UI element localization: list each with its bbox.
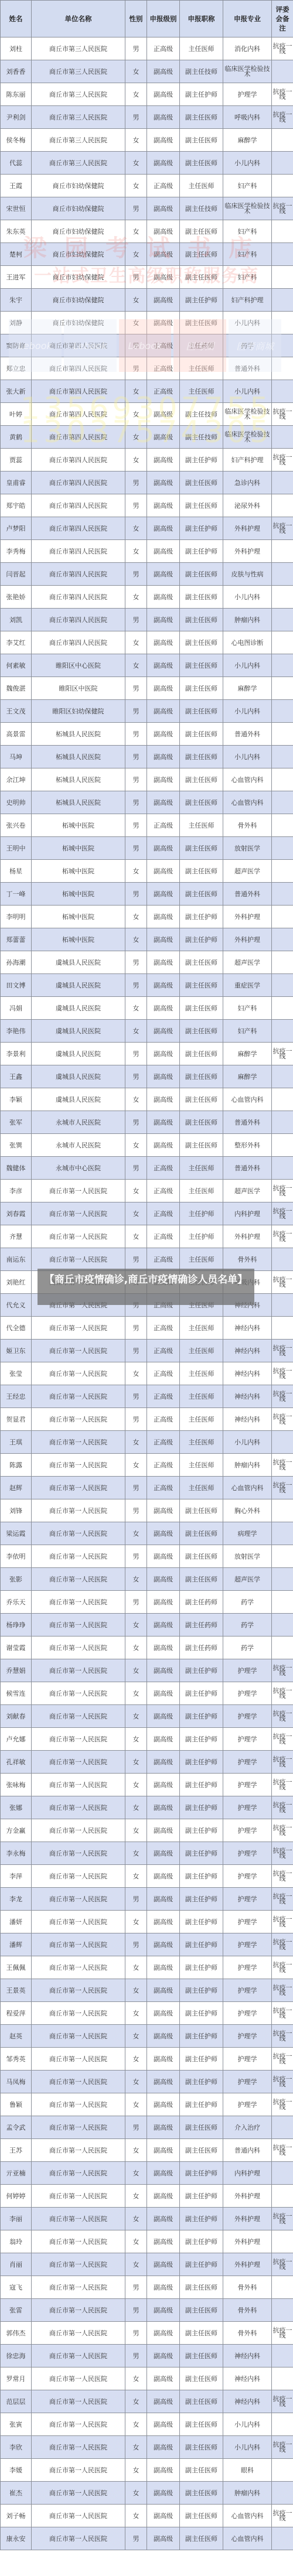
cell-note xyxy=(272,334,293,357)
cell-level: 副高级 xyxy=(147,1911,180,1933)
cell-note: 抗疫一线 xyxy=(272,2002,293,2025)
cell-name: 魏健体 xyxy=(1,1157,32,1180)
cell-unit: 商丘市第一人民医院 xyxy=(32,1591,125,1614)
cell-note xyxy=(272,152,293,175)
table-row: 李颖虞城县人民医院女副高级副主任医师心血管内科 xyxy=(1,1088,293,1111)
cell-title: 副主任医师 xyxy=(180,2139,223,2162)
cell-sex: 女 xyxy=(125,517,147,540)
cell-note xyxy=(272,2276,293,2299)
cell-sex: 女 xyxy=(125,243,147,266)
cell-name: 侯冬梅 xyxy=(1,129,32,152)
table-row: 黄鹤商丘市第四人民医院女副高级副主任技师临床医学检验技术 xyxy=(1,426,293,449)
cell-name: 鲁颖 xyxy=(1,2093,32,2116)
cell-name: 南运东 xyxy=(1,1248,32,1271)
table-row: 张大新商丘市第四人民医院女正高级主任医师小儿内科 xyxy=(1,380,293,403)
cell-level: 副高级 xyxy=(147,2162,180,2185)
cell-level: 副高级 xyxy=(147,997,180,1020)
cell-name: 方金赢 xyxy=(1,1819,32,1842)
cell-level: 副高级 xyxy=(147,2413,180,2436)
cell-sex: 女 xyxy=(125,289,147,312)
table-row: 李明明柘城中医院女副高级副主任护师外科护理 xyxy=(1,906,293,928)
cell-note xyxy=(272,837,293,860)
cell-note: 抗疫一线 xyxy=(272,517,293,540)
cell-title: 副主任医师 xyxy=(180,563,223,586)
cell-unit: 商丘市第一人民医院 xyxy=(32,2139,125,2162)
table-row: 陈东丽商丘市第三人民医院女副高级副主任护师护理学抗疫一线 xyxy=(1,83,293,106)
table-row: 张艳娇商丘市第四人民医院女副高级副主任医师小儿内科 xyxy=(1,586,293,609)
cell-level: 副高级 xyxy=(147,2230,180,2253)
cell-sex: 男 xyxy=(125,1248,147,1271)
cell-title: 副主任护师 xyxy=(180,2071,223,2093)
cell-level: 副高级 xyxy=(147,289,180,312)
cell-name: 王霞 xyxy=(1,175,32,197)
cell-note xyxy=(272,357,293,380)
cell-title: 主任医师 xyxy=(180,380,223,403)
cell-level: 副高级 xyxy=(147,1134,180,1157)
cell-unit: 商丘市第一人民医院 xyxy=(32,2345,125,2367)
cell-note xyxy=(272,60,293,83)
cell-unit: 商丘市第四人民医院 xyxy=(32,563,125,586)
cell-note xyxy=(272,951,293,974)
cell-major: 神经内科 xyxy=(223,2390,272,2413)
table-row: 刘春霞商丘市第一人民医院女正高级主任护师内科护理抗疫一线 xyxy=(1,1202,293,1225)
cell-unit: 商丘市第一人民医院 xyxy=(32,2025,125,2048)
cell-sex: 女 xyxy=(125,2253,147,2276)
cell-major: 护理学 xyxy=(223,2048,272,2071)
cell-sex: 男 xyxy=(125,563,147,586)
cell-title: 副主任医师 xyxy=(180,1134,223,1157)
cell-title: 副主任医师 xyxy=(180,2413,223,2436)
cell-major: 护理学 xyxy=(223,1956,272,1979)
cell-major: 小儿内科 xyxy=(223,2436,272,2459)
cell-major: 心血管内科 xyxy=(223,2527,272,2550)
cell-note: 抗疫一线 xyxy=(272,1362,293,1385)
cell-note: 抗疫一线 xyxy=(272,1774,293,1796)
cell-sex: 男 xyxy=(125,723,147,746)
cell-sex: 男 xyxy=(125,1933,147,1956)
cell-title: 副主任医师 xyxy=(180,2459,223,2482)
cell-sex: 女 xyxy=(125,129,147,152)
cell-title: 主任医师 xyxy=(180,1454,223,1477)
cell-level: 副高级 xyxy=(147,197,180,220)
cell-name: 罗常月 xyxy=(1,2367,32,2390)
cell-note xyxy=(272,2413,293,2436)
cell-major: 妇产科 xyxy=(223,175,272,197)
cell-major: 外科护理 xyxy=(223,1225,272,1248)
cell-level: 副高级 xyxy=(147,2527,180,2550)
cell-sex: 女 xyxy=(125,2413,147,2436)
cell-level: 副高级 xyxy=(147,2185,180,2208)
table-row: 康永安商丘市第一人民医院男副高级副主任医师心血管内科 xyxy=(1,2527,293,2550)
cell-major: 骨外科 xyxy=(223,814,272,837)
cell-major: 胸心外科 xyxy=(223,1499,272,1522)
cell-title: 副主任医师 xyxy=(180,1111,223,1134)
cell-name: 李彦 xyxy=(1,1180,32,1202)
cell-major: 护理学 xyxy=(223,1911,272,1933)
cell-major: 心血管内科 xyxy=(223,1477,272,1499)
cell-note xyxy=(272,2185,293,2208)
cell-unit: 商丘市第一人民医院 xyxy=(32,2322,125,2345)
cell-major: 神经内科 xyxy=(223,1385,272,1408)
cell-major: 肿瘤内科 xyxy=(223,1454,272,1477)
cell-unit: 商丘市第一人民医院 xyxy=(32,1317,125,1340)
cell-title: 副主任护师 xyxy=(180,2162,223,2185)
cell-name: 谢莹霞 xyxy=(1,1637,32,1659)
cell-unit: 商丘市第一人民医院 xyxy=(32,1499,125,1522)
cell-title: 副主任护师 xyxy=(180,83,223,106)
cell-sex: 男 xyxy=(125,1408,147,1431)
cell-sex: 男 xyxy=(125,1157,147,1180)
cell-note xyxy=(272,746,293,768)
cell-level: 副高级 xyxy=(147,1705,180,1728)
cell-title: 主任护师 xyxy=(180,1202,223,1225)
cell-title: 副主任护师 xyxy=(180,449,223,472)
cell-note xyxy=(272,1065,293,1088)
cell-unit: 商丘市第一人民医院 xyxy=(32,1477,125,1499)
cell-major: 神经内科 xyxy=(223,2345,272,2367)
cell-unit: 永城市中心医院 xyxy=(32,1157,125,1180)
cell-name: 朱东英 xyxy=(1,220,32,243)
cell-unit: 商丘市第四人民医院 xyxy=(32,380,125,403)
cell-sex: 女 xyxy=(125,2025,147,2048)
cell-major: 内科护理 xyxy=(223,1202,272,1225)
cell-level: 副高级 xyxy=(147,1728,180,1751)
cell-level: 副高级 xyxy=(147,928,180,951)
cell-sex: 女 xyxy=(125,175,147,197)
cell-sex: 男 xyxy=(125,357,147,380)
table-row: 姬卫东商丘市第一人民医院男正高级主任医师神经内科抗疫一线 xyxy=(1,1340,293,1362)
cell-title: 副主任医师 xyxy=(180,2116,223,2139)
cell-title: 副主任护师 xyxy=(180,1705,223,1728)
cell-name: 徐忠海 xyxy=(1,2345,32,2367)
cell-unit: 商丘市第一人民医院 xyxy=(32,2482,125,2505)
table-row: 王霞商丘市妇幼保健院女正高级主任医师妇产科 xyxy=(1,175,293,197)
cell-title: 副主任药师 xyxy=(180,1591,223,1614)
cell-sex: 男 xyxy=(125,951,147,974)
cell-title: 副主任医师 xyxy=(180,1545,223,1568)
cell-level: 副高级 xyxy=(147,1020,180,1043)
cell-level: 副高级 xyxy=(147,2345,180,2367)
cell-name: 张咏梅 xyxy=(1,1774,32,1796)
cell-name: 李秀梅 xyxy=(1,540,32,563)
cell-name: 王文茂 xyxy=(1,700,32,723)
table-row: 张寅商丘市第一人民医院女副高级副主任医师小儿内科 xyxy=(1,2413,293,2436)
cell-note xyxy=(272,312,293,334)
cell-major: 小儿内科 xyxy=(223,586,272,609)
cell-title: 副主任医师 xyxy=(180,266,223,289)
cell-title: 副主任护师 xyxy=(180,1979,223,2002)
cell-title: 副主任药师 xyxy=(180,1614,223,1637)
cell-major: 心血管内科 xyxy=(223,2505,272,2527)
cell-name: 魏俊湛 xyxy=(1,677,32,700)
table-row: 朱宇商丘市妇幼保健院女副高级副主任护师妇产科护理 xyxy=(1,289,293,312)
cell-note xyxy=(272,723,293,746)
cell-level: 副高级 xyxy=(147,1065,180,1088)
cell-title: 主任医师 xyxy=(180,1317,223,1340)
cell-level: 正高级 xyxy=(147,1408,180,1431)
cell-note xyxy=(272,1020,293,1043)
cell-title: 副主任医师 xyxy=(180,860,223,883)
table-row: 宋世恒商丘市妇幼保健院男副高级副主任技师临床医学检验技术抗疫一线 xyxy=(1,197,293,220)
table-row: 王苏商丘市第一人民医院女副高级副主任医师普通内科抗疫一线 xyxy=(1,2139,293,2162)
cell-name: 刘香香 xyxy=(1,60,32,83)
table-row: 李彦商丘市第一人民医院女正高级主任医师超声医学抗疫一线 xyxy=(1,1180,293,1202)
cell-unit: 商丘市第三人民医院 xyxy=(32,106,125,129)
cell-name: 陈露 xyxy=(1,1454,32,1477)
cell-major: 普通外科 xyxy=(223,883,272,906)
cell-note xyxy=(272,2527,293,2550)
cell-title: 副主任护师 xyxy=(180,1751,223,1774)
cell-note: 抗疫一线 xyxy=(272,1888,293,1911)
cell-title: 副主任医师 xyxy=(180,2436,223,2459)
cell-unit: 商丘市第一人民医院 xyxy=(32,1819,125,1842)
cell-unit: 商丘市第一人民医院 xyxy=(32,1522,125,1545)
cell-title: 副主任护师 xyxy=(180,1774,223,1796)
cell-name: 卢梦阳 xyxy=(1,517,32,540)
cell-sex: 女 xyxy=(125,2230,147,2253)
cell-unit: 商丘市第一人民医院 xyxy=(32,2116,125,2139)
cell-unit: 商丘市第一人民医院 xyxy=(32,1340,125,1362)
cell-title: 主任医师 xyxy=(180,1362,223,1385)
cell-sex: 男 xyxy=(125,266,147,289)
table-row: 李丽商丘市第一人民医院女副高级副主任护师外科护理抗疫一线 xyxy=(1,2208,293,2230)
cell-unit: 商丘市第四人民医院 xyxy=(32,540,125,563)
table-row: 翁玲商丘市第一人民医院女副高级副主任护师外科护理 xyxy=(1,2230,293,2253)
cell-level: 副高级 xyxy=(147,517,180,540)
cell-unit: 商丘市第四人民医院 xyxy=(32,517,125,540)
cell-title: 副主任医师 xyxy=(180,746,223,768)
cell-unit: 商丘市第一人民医院 xyxy=(32,1454,125,1477)
cell-title: 副主任护师 xyxy=(180,1865,223,1888)
cell-level: 副高级 xyxy=(147,768,180,791)
cell-sex: 男 xyxy=(125,334,147,357)
cell-level: 副高级 xyxy=(147,312,180,334)
cell-unit: 睢阳区中医院 xyxy=(32,677,125,700)
cell-sex: 女 xyxy=(125,2002,147,2025)
cell-sex: 女 xyxy=(125,2185,147,2208)
cell-level: 副高级 xyxy=(147,2367,180,2390)
table-row: 王景英商丘市第一人民医院女副高级副主任护师护理学抗疫一线 xyxy=(1,1979,293,2002)
cell-name: 李颖 xyxy=(1,1088,32,1111)
cell-title: 副主任医师 xyxy=(180,951,223,974)
table-row: 范层层商丘市第一人民医院女副高级副主任医师神经内科抗疫一线 xyxy=(1,2390,293,2413)
cell-major: 心血管内科 xyxy=(223,1088,272,1111)
cell-level: 副高级 xyxy=(147,426,180,449)
cell-major: 神经内科 xyxy=(223,1408,272,1431)
cell-sex: 女 xyxy=(125,1362,147,1385)
cell-name: 乔乐天 xyxy=(1,1591,32,1614)
cell-note xyxy=(272,2116,293,2139)
cell-note: 抗疫一线 xyxy=(272,403,293,426)
table-row: 王佩佩商丘市第一人民医院女副高级副主任护师护理学抗疫一线 xyxy=(1,1956,293,1979)
cell-level: 副高级 xyxy=(147,609,180,631)
table-row: 刘香香商丘市第三人民医院女副高级副主任技师临床医学检验技术 xyxy=(1,60,293,83)
cell-name: 高景雷 xyxy=(1,723,32,746)
table-row: 杨琤琤商丘市第一人民医院女副高级副主任药师药学 xyxy=(1,1614,293,1637)
table-header-row: 姓名 单位名称 性别 申报级别 申报职称 申报专业 评委会备注 xyxy=(1,1,293,37)
cell-major: 外科护理 xyxy=(223,517,272,540)
table-row: 方金赢商丘市第一人民医院女副高级副主任护师护理学抗疫一线 xyxy=(1,1819,293,1842)
cell-sex: 女 xyxy=(125,426,147,449)
table-row: 代全德商丘市第一人民医院男正高级主任医师神经内科 xyxy=(1,1317,293,1340)
cell-sex: 女 xyxy=(125,2139,147,2162)
cell-sex: 女 xyxy=(125,1728,147,1751)
cell-title: 副主任医师 xyxy=(180,791,223,814)
cell-sex: 女 xyxy=(125,2505,147,2527)
cell-unit: 商丘市第一人民医院 xyxy=(32,2390,125,2413)
cell-major: 重症医学 xyxy=(223,974,272,997)
cell-level: 副高级 xyxy=(147,883,180,906)
cell-level: 副高级 xyxy=(147,1522,180,1545)
table-row: 卢允娜商丘市第一人民医院女副高级副主任护师护理学抗疫一线 xyxy=(1,1728,293,1751)
cell-level: 副高级 xyxy=(147,403,180,426)
cell-level: 正高级 xyxy=(147,1340,180,1362)
table-row: 马凤梅商丘市第一人民医院女副高级副主任护师护理学抗疫一线 xyxy=(1,2071,293,2093)
cell-unit: 商丘市妇幼保健院 xyxy=(32,243,125,266)
cell-major: 小儿内科 xyxy=(223,1431,272,1454)
cell-major: 神经内科 xyxy=(223,1362,272,1385)
cell-sex: 女 xyxy=(125,1202,147,1225)
cell-major: 麻醉学 xyxy=(223,677,272,700)
table-row: 张影商丘市第一人民医院女副高级副主任医师超声医学 xyxy=(1,1568,293,1591)
cell-major: 麻醉学 xyxy=(223,1043,272,1065)
cell-title: 副主任医师 xyxy=(180,1065,223,1088)
cell-major: 护理学 xyxy=(223,1842,272,1865)
table-row: 潘妍商丘市第一人民医院女副高级副主任护师护理学抗疫一线 xyxy=(1,1911,293,1933)
cell-name: 楚柯 xyxy=(1,243,32,266)
cell-sex: 女 xyxy=(125,2093,147,2116)
cell-unit: 商丘市第一人民医院 xyxy=(32,1637,125,1659)
cell-level: 副高级 xyxy=(147,2482,180,2505)
table-row: 张莹商丘市第一人民医院女正高级主任医师神经内科抗疫一线 xyxy=(1,1362,293,1385)
cell-note xyxy=(272,1294,293,1317)
cell-name: 亓亚楠 xyxy=(1,2162,32,2185)
cell-sex: 男 xyxy=(125,1591,147,1614)
cell-note xyxy=(272,2299,293,2322)
cell-unit: 商丘市第一人民医院 xyxy=(32,2048,125,2071)
cell-level: 正高级 xyxy=(147,1225,180,1248)
cell-level: 正高级 xyxy=(147,1454,180,1477)
table-row: 亓亚楠商丘市第一人民医院女副高级副主任护师内科护理 xyxy=(1,2162,293,2185)
cell-note xyxy=(272,540,293,563)
table-row: 赵辉商丘市第一人民医院男正高级主任医师心血管内科抗疫一线 xyxy=(1,1477,293,1499)
cell-note: 抗疫一线 xyxy=(272,1979,293,2002)
cell-name: 陈东丽 xyxy=(1,83,32,106)
cell-name: 丁一峰 xyxy=(1,883,32,906)
table-row: 李景利虞城县人民医院男副高级副主任医师麻醉学抗疫一线 xyxy=(1,1043,293,1065)
cell-name: 史明帅 xyxy=(1,791,32,814)
cell-sex: 男 xyxy=(125,974,147,997)
cell-name: 梁运霞 xyxy=(1,1522,32,1545)
cell-sex: 男 xyxy=(125,37,147,60)
table-row: 张兴卷柘城中医院男正高级主任医师骨外科 xyxy=(1,814,293,837)
cell-unit: 商丘市第一人民医院 xyxy=(32,1911,125,1933)
table-row: 刘柱商丘市第三人民医院男正高级主任医师消化内科抗疫一线 xyxy=(1,37,293,60)
cell-note xyxy=(272,1614,293,1637)
table-row: 卢梦阳商丘市第四人民医院女副高级副主任护师外科护理抗疫一线 xyxy=(1,517,293,540)
cell-major: 放射医学 xyxy=(223,837,272,860)
cell-sex: 男 xyxy=(125,609,147,631)
cell-title: 副主任医师 xyxy=(180,312,223,334)
cell-title: 主任药师 xyxy=(180,334,223,357)
cell-level: 副高级 xyxy=(147,2116,180,2139)
cell-title: 主任医师 xyxy=(180,1157,223,1180)
cell-major: 超声医学 xyxy=(223,860,272,883)
cell-note xyxy=(272,2162,293,2185)
cell-sex: 男 xyxy=(125,472,147,494)
cell-note: 抗疫一线 xyxy=(272,1659,293,1682)
cell-note xyxy=(272,426,293,449)
cell-note: 抗疫一线 xyxy=(272,1454,293,1477)
cell-major: 护理学 xyxy=(223,1705,272,1728)
cell-name: 赵辉 xyxy=(1,1477,32,1499)
cell-unit: 永城市人民医院 xyxy=(32,1111,125,1134)
table-row: 梁运霞商丘市第一人民医院女副高级副主任医师病理学 xyxy=(1,1522,293,1545)
cell-name: 赵英 xyxy=(1,2025,32,2048)
cell-sex: 女 xyxy=(125,2367,147,2390)
cell-title: 副主任护师 xyxy=(180,1956,223,1979)
cell-level: 副高级 xyxy=(147,700,180,723)
cell-major: 外科护理 xyxy=(223,928,272,951)
cell-name: 叶婷 xyxy=(1,403,32,426)
cell-title: 副主任医师 xyxy=(180,2505,223,2527)
cell-major: 呼吸内科 xyxy=(223,106,272,129)
table-row: 刘静商丘市妇幼保健院女副高级副主任医师小儿内科 xyxy=(1,312,293,334)
cell-major: 消化内科 xyxy=(223,37,272,60)
cell-note xyxy=(272,974,293,997)
cell-sex: 女 xyxy=(125,1774,147,1796)
cell-level: 副高级 xyxy=(147,266,180,289)
cell-note: 抗疫一线 xyxy=(272,1842,293,1865)
cell-level: 副高级 xyxy=(147,951,180,974)
cell-major: 整形外科 xyxy=(223,1134,272,1157)
cell-title: 副主任医师 xyxy=(180,2390,223,2413)
cell-level: 副高级 xyxy=(147,152,180,175)
cell-name: 李萍 xyxy=(1,1865,32,1888)
cell-name: 马坤 xyxy=(1,746,32,768)
cell-note xyxy=(272,814,293,837)
cell-name: 崔杰 xyxy=(1,2482,32,2505)
cell-name: 姬卫东 xyxy=(1,1340,32,1362)
cell-note xyxy=(272,266,293,289)
table-row: 孔祥敏商丘市第一人民医院女副高级副主任护师护理学抗疫一线 xyxy=(1,1751,293,1774)
cell-sex: 女 xyxy=(125,1180,147,1202)
cell-sex: 女 xyxy=(125,2162,147,2185)
cell-title: 副主任药师 xyxy=(180,1637,223,1659)
cell-name: 黄鹤 xyxy=(1,426,32,449)
cell-major: 超声医学 xyxy=(223,951,272,974)
cell-major: 药学 xyxy=(223,1614,272,1637)
cell-name: 张军 xyxy=(1,1111,32,1134)
table-row: 李秀梅商丘市第四人民医院女副高级副主任护师外科护理 xyxy=(1,540,293,563)
cell-major: 护理学 xyxy=(223,1796,272,1819)
cell-major: 普通外科 xyxy=(223,1157,272,1180)
cell-unit: 虞城县人民医院 xyxy=(32,951,125,974)
cell-unit: 商丘市第一人民医院 xyxy=(32,2413,125,2436)
cell-note: 抗疫一线 xyxy=(272,106,293,129)
cell-unit: 柘城中医院 xyxy=(32,928,125,951)
cell-unit: 商丘市第一人民医院 xyxy=(32,1225,125,1248)
cell-sex: 女 xyxy=(125,997,147,1020)
cell-title: 副主任护师 xyxy=(180,2025,223,2048)
cell-sex: 男 xyxy=(125,1317,147,1340)
cell-unit: 商丘市第一人民医院 xyxy=(32,1180,125,1202)
cell-sex: 女 xyxy=(125,860,147,883)
table-row: 肖丽商丘市第一人民医院女副高级副主任护师外科护理抗疫一线 xyxy=(1,2253,293,2276)
cell-level: 副高级 xyxy=(147,1888,180,1911)
table-row: 李艾红商丘市第四人民医院女副高级副主任医师心电图诊断 xyxy=(1,631,293,654)
table-row: 赵英商丘市第一人民医院女副高级副主任护师护理学抗疫一线 xyxy=(1,2025,293,2048)
